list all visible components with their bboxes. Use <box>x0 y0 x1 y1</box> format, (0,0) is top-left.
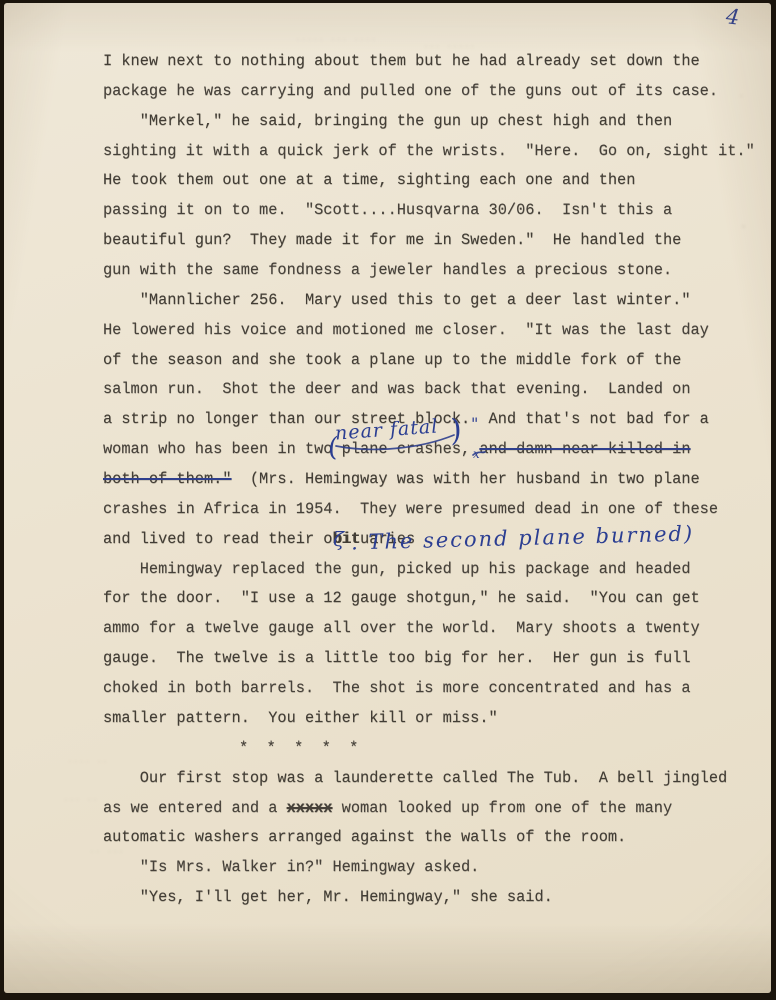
typed-text: for the door. "I use a 12 gauge shotgun,… <box>103 589 700 607</box>
typed-text: salmon run. Shot the deer and was back t… <box>103 380 691 398</box>
typed-text: woman looked up from one of the many <box>333 799 673 817</box>
typed-line: woman who has been in two plane crashes,… <box>103 439 691 459</box>
typed-text: "Mannlicher 256. Mary used this to get a… <box>103 291 691 309</box>
bleed-through-mark: ··· ····· <box>424 40 476 54</box>
typed-text: package he was carrying and pulled one o… <box>103 82 718 100</box>
typed-text: "Yes, I'll get her, Mr. Hemingway," she … <box>103 888 553 906</box>
typed-text: Hemingway replaced the gun, picked up hi… <box>103 560 691 578</box>
typed-line: Hemingway replaced the gun, picked up hi… <box>103 559 691 579</box>
typed-text: passing it on to me. "Scott....Husqvarna… <box>103 201 672 219</box>
typed-line: "Mannlicher 256. Mary used this to get a… <box>103 290 691 310</box>
typed-text: Our first stop was a launderette called … <box>103 769 727 787</box>
typed-line: smaller pattern. You either kill or miss… <box>103 708 498 728</box>
typed-text: * * * * * <box>239 739 358 757</box>
struck-text: both of them." <box>103 470 232 488</box>
typed-text: of the season and she took a plane up to… <box>103 351 681 369</box>
typed-line: for the door. "I use a 12 gauge shotgun,… <box>103 588 700 608</box>
typed-line: passing it on to me. "Scott....Husqvarna… <box>103 200 672 220</box>
typed-line: salmon run. Shot the deer and was back t… <box>103 379 691 399</box>
typed-text: I knew next to nothing about them but he… <box>103 52 700 70</box>
typed-line: "Yes, I'll get her, Mr. Hemingway," she … <box>103 887 553 907</box>
manuscript-page: I knew next to nothing about them but he… <box>4 3 771 993</box>
typed-text: He took them out one at a time, sighting… <box>103 171 635 189</box>
typed-line: ammo for a twelve gauge all over the wor… <box>103 618 700 638</box>
typed-line: as we entered and a xxxxx woman looked u… <box>103 798 672 818</box>
typed-text: gauge. The twelve is a little too big fo… <box>103 649 691 667</box>
typed-line: choked in both barrels. The shot is more… <box>103 678 691 698</box>
typed-line: sighting it with a quick jerk of the wri… <box>103 141 755 161</box>
typed-line: He took them out one at a time, sighting… <box>103 170 635 190</box>
typed-line: gun with the same fondness a jeweler han… <box>103 260 672 280</box>
handwritten-caret-mark: x <box>473 447 480 461</box>
typed-line: both of them." (Mrs. Hemingway was with … <box>103 469 700 489</box>
bleed-through-mark: ··· ·· <box>64 793 99 807</box>
typed-line: "Merkel," he said, bringing the gun up c… <box>103 111 672 131</box>
typed-text: (Mrs. Hemingway was with her husband in … <box>232 470 700 488</box>
typed-text: woman who has been in two plane crashes, <box>103 440 470 458</box>
section-separator: * * * * * <box>239 738 358 758</box>
typed-text: "Merkel," he said, bringing the gun up c… <box>103 112 672 130</box>
bleed-through-mark: ·· ··· <box>90 845 125 859</box>
typed-text: gun with the same fondness a jeweler han… <box>103 261 672 279</box>
typed-text: and lived to read their o <box>103 530 333 548</box>
typed-text: as we entered and a <box>103 799 287 817</box>
struck-text: and damn near killed in <box>479 440 690 458</box>
typed-text: crashes in Africa in 1954. They were pre… <box>103 500 718 518</box>
typed-text: He lowered his voice and motioned me clo… <box>103 321 709 339</box>
typed-text: automatic washers arranged against the w… <box>103 828 626 846</box>
typed-line: beautiful gun? They made it for me in Sw… <box>103 230 681 250</box>
handwritten-quote-mark: " <box>471 414 478 433</box>
handwritten-note-second-plane: . The second plane burned) <box>351 522 695 555</box>
typed-line: package he was carrying and pulled one o… <box>103 81 718 101</box>
bleed-through-mark: ···· ·· <box>68 755 109 769</box>
typed-line: He lowered his voice and motioned me clo… <box>103 320 709 340</box>
typed-text: sighting it with a quick jerk of the wri… <box>103 142 755 160</box>
handwritten-page-number: 4 <box>725 4 741 29</box>
typed-line: of the season and she took a plane up to… <box>103 350 681 370</box>
handwritten-squiggle: ζ <box>333 527 344 551</box>
typed-line: "Is Mrs. Walker in?" Hemingway asked. <box>103 857 479 877</box>
typed-line: I knew next to nothing about them but he… <box>103 51 700 71</box>
typed-text: choked in both barrels. The shot is more… <box>103 679 691 697</box>
bleed-through-mark: · <box>739 89 745 105</box>
bleed-through-mark: · <box>741 217 748 236</box>
struck-text: xxxxx <box>287 799 333 817</box>
typed-line: Our first stop was a launderette called … <box>103 768 727 788</box>
typed-line: automatic washers arranged against the w… <box>103 827 626 847</box>
typed-text: ammo for a twelve gauge all over the wor… <box>103 619 700 637</box>
typed-line: gauge. The twelve is a little too big fo… <box>103 648 691 668</box>
bleed-through-mark: ····· ··· ···· <box>296 33 377 47</box>
typed-text: "Is Mrs. Walker in?" Hemingway asked. <box>103 858 479 876</box>
typed-text: smaller pattern. You either kill or miss… <box>103 709 498 727</box>
typed-text: beautiful gun? They made it for me in Sw… <box>103 231 681 249</box>
photo-backdrop: { "page": { "paper_color": "#ece4d1", "i… <box>0 0 776 1000</box>
typed-line: crashes in Africa in 1954. They were pre… <box>103 499 718 519</box>
